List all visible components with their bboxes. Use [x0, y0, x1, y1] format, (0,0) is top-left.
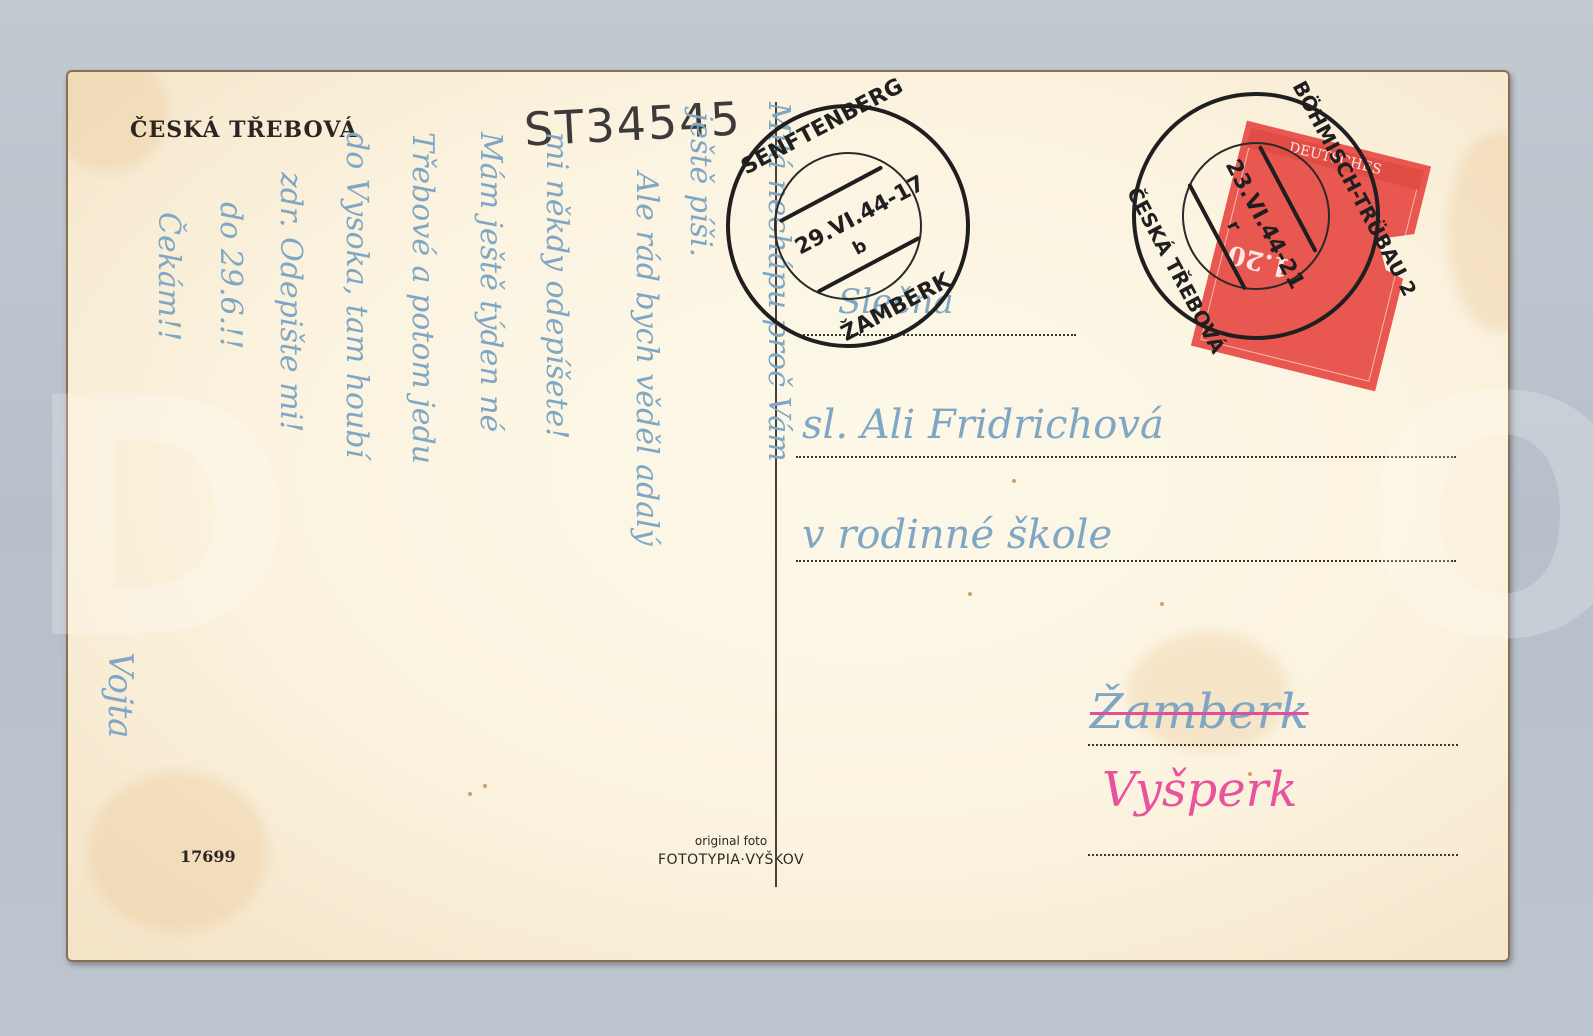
foxing-spot — [468, 792, 472, 796]
foxing-spot — [483, 784, 487, 788]
address-line-4 — [1088, 744, 1458, 746]
stain — [88, 772, 268, 932]
message-line: Čekám!! — [151, 212, 186, 341]
imprint-line-2: FOTOTYPIA·VYŠKOV — [658, 852, 804, 868]
address-line-school: v rodinné škole — [802, 512, 1112, 558]
stain — [1448, 132, 1510, 332]
message-line: mi někdy odepíšete! — [539, 132, 574, 439]
foxing-spot — [1012, 479, 1016, 483]
signature: Vojta — [100, 652, 140, 738]
card-number: 17699 — [180, 847, 236, 866]
message-line: do Vysoka, tam houbí — [339, 132, 374, 458]
message-line: zdr. Odepište mi! — [273, 172, 308, 432]
message-line: Mám ještě týden né — [473, 132, 508, 432]
address-struck-city: Žamberk — [1090, 684, 1309, 740]
message-line: Třebové a potom jedu — [405, 132, 440, 464]
postcard-back: ČESKÁ TŘEBOVÁ 17699 original foto FOTOTY… — [66, 70, 1510, 962]
message-line: do 29.6.!! — [213, 202, 248, 349]
message-line: ještě píši. — [683, 112, 718, 257]
publisher-imprint: original foto FOTOTYPIA·VYŠKOV — [658, 834, 804, 868]
imprint-line-1: original foto — [658, 834, 804, 848]
address-line-2 — [796, 456, 1456, 458]
address-line-5 — [1088, 854, 1458, 856]
address-redirect-city: Vyšperk — [1102, 762, 1298, 818]
foxing-spot — [1160, 602, 1164, 606]
place-title: ČESKÁ TŘEBOVÁ — [130, 117, 358, 143]
address-line-3 — [796, 560, 1456, 562]
foxing-spot — [968, 592, 972, 596]
message-line: Ale rád bych věděl adalý — [629, 172, 664, 546]
address-name: sl. Ali Fridrichová — [802, 402, 1164, 448]
